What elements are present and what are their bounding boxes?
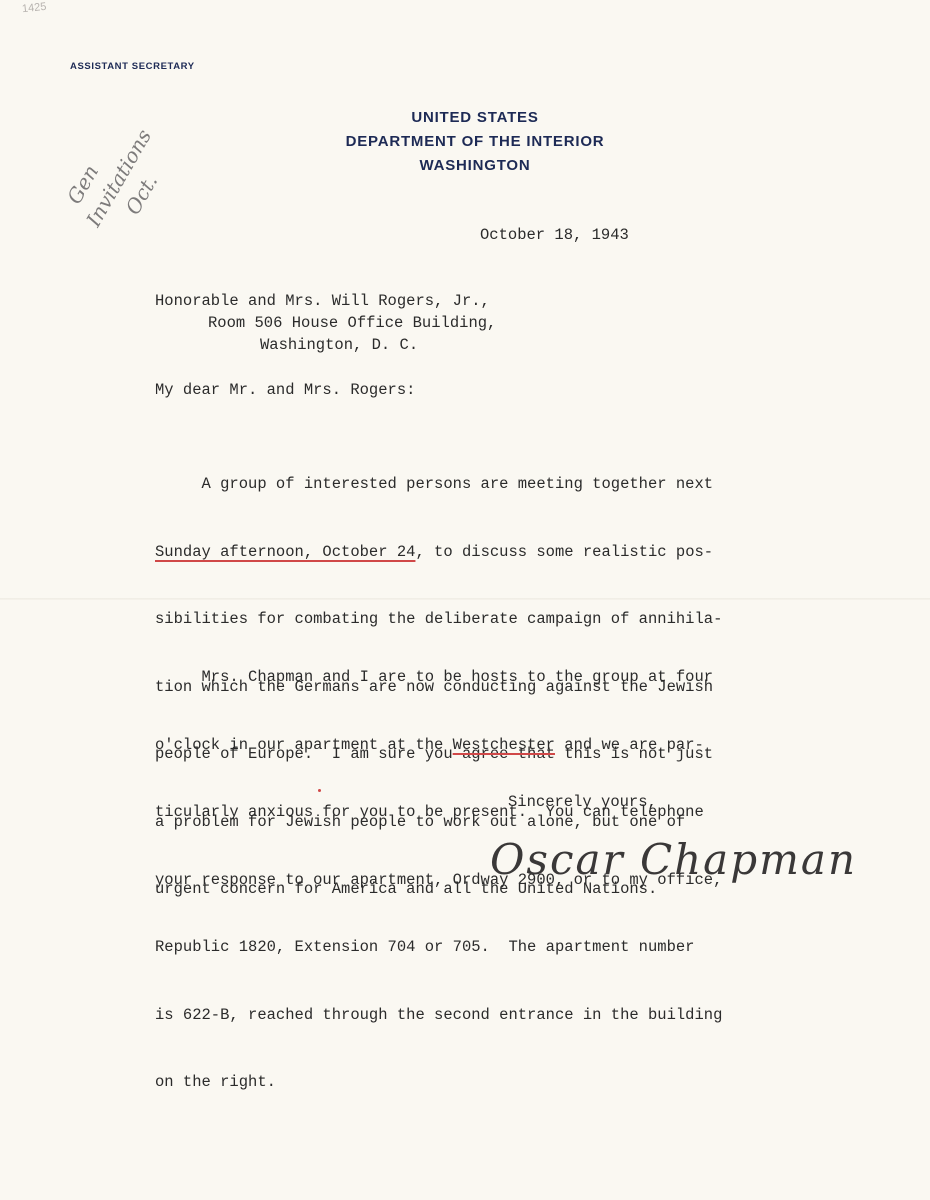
corner-pencil-mark: 1425	[21, 1, 47, 15]
underlined-location: Westchester	[453, 736, 555, 754]
p1-line-2: Sunday afternoon, October 24, to discuss…	[155, 541, 722, 564]
address-line-1: Honorable and Mrs. Will Rogers, Jr.,	[155, 290, 490, 312]
letterhead-line-1: UNITED STATES	[300, 106, 650, 130]
letter-date: October 18, 1943	[480, 224, 629, 246]
office-title: ASSISTANT SECRETARY	[70, 61, 195, 72]
signature: Oscar Chapman	[490, 835, 857, 884]
letterhead-line-3: WASHINGTON	[300, 154, 650, 178]
red-ink-dot	[318, 789, 321, 792]
p2-line-6: is 622-B, reached through the second ent…	[155, 1004, 722, 1027]
letterhead: UNITED STATES DEPARTMENT OF THE INTERIOR…	[300, 106, 650, 178]
salutation: My dear Mr. and Mrs. Rogers:	[155, 379, 415, 401]
address-line-2: Room 506 House Office Building,	[208, 312, 496, 334]
p2-line-5: Republic 1820, Extension 704 or 705. The…	[155, 936, 722, 959]
letter-page: 1425 ASSISTANT SECRETARY UNITED STATES D…	[0, 0, 930, 1200]
p2-line-1: Mrs. Chapman and I are to be hosts to th…	[155, 666, 722, 689]
underlined-meeting-date: Sunday afternoon, October 24	[155, 543, 415, 561]
letterhead-line-2: DEPARTMENT OF THE INTERIOR	[300, 130, 650, 154]
p1-line-1: A group of interested persons are meetin…	[155, 473, 722, 496]
p2-line-7: on the right.	[155, 1071, 722, 1094]
p2-line-2: o'clock in our apartment at the Westches…	[155, 734, 722, 757]
address-line-3: Washington, D. C.	[260, 334, 418, 356]
closing: Sincerely yours,	[508, 791, 657, 813]
